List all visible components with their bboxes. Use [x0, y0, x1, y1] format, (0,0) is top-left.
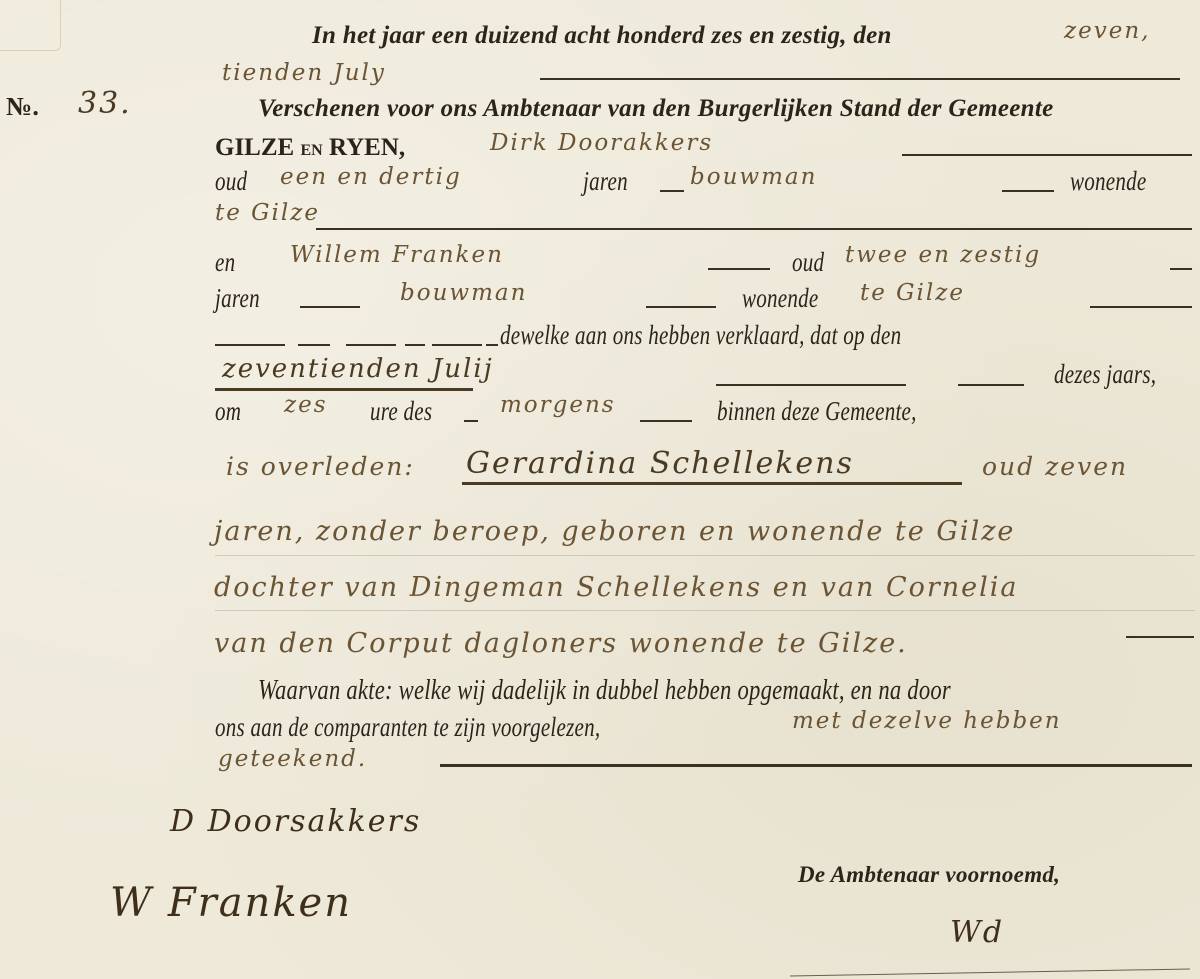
deceased-name: Gerardina Schellekens — [466, 446, 854, 481]
fill-line — [660, 190, 684, 192]
record-number: 33. — [78, 86, 132, 121]
faint-ruling — [215, 555, 1195, 556]
fill-line — [902, 154, 1192, 156]
fill-line — [346, 344, 396, 346]
fill-line — [440, 764, 1192, 767]
declarant-1-residence: te Gilze — [215, 200, 320, 226]
hand-day-part1: zeven, — [1064, 18, 1150, 44]
label-en: en — [215, 247, 235, 278]
hand-line-15: van den Corput dagloners wonende te Gilz… — [214, 628, 908, 659]
label-ure-des: ure des — [370, 396, 432, 427]
label-wonende: wonende — [1070, 166, 1147, 197]
declarant-2-age: twee en zestig — [845, 242, 1041, 268]
official-label: De Ambtenaar voornoemd, — [798, 862, 1060, 888]
fill-line — [486, 344, 498, 346]
signature-declarant-1: D Doorsakkers — [170, 804, 421, 839]
date-underline — [215, 388, 473, 391]
closing-line-1: Waarvan akte: welke wij dadelijk in dubb… — [258, 674, 951, 707]
municipality-part-a: GILZE — [215, 134, 294, 161]
label-oud: oud — [792, 247, 824, 278]
deceased-underline — [462, 482, 962, 485]
fill-line — [432, 344, 482, 346]
label-om: om — [215, 396, 241, 427]
declarant-2-occupation: bouwman — [400, 280, 527, 306]
intro-line: In het jaar een duizend acht honderd zes… — [312, 22, 892, 50]
fill-line — [708, 268, 770, 270]
appeared-line: Verschenen voor ons Ambtenaar van den Bu… — [258, 95, 1054, 123]
label-dezes-jaars: dezes jaars, — [1054, 359, 1156, 390]
fill-line — [215, 344, 285, 346]
fill-line — [640, 420, 692, 422]
closing-line-2: ons aan de comparanten te zijn voorgelez… — [215, 712, 600, 743]
signature-line — [790, 969, 1190, 977]
hand-geteekend: geteekend. — [218, 746, 367, 772]
fill-line — [1126, 636, 1194, 638]
fill-line — [298, 344, 330, 346]
declarant-2-name: Willem Franken — [290, 242, 504, 268]
faint-ruling — [215, 610, 1195, 611]
municipality-en: EN — [300, 142, 322, 159]
fill-line — [1170, 268, 1192, 270]
fill-line — [716, 384, 906, 386]
label-jaren: jaren — [215, 283, 260, 314]
fill-line — [646, 306, 716, 308]
signature-official: Wd — [950, 915, 1004, 950]
label-binnen: binnen deze Gemeente, — [717, 396, 917, 427]
fill-line — [316, 228, 1192, 230]
death-hour: zes — [284, 392, 328, 418]
municipality-part-b: RYEN, — [329, 134, 405, 161]
fill-line — [540, 78, 1180, 80]
declarant-1-occupation: bouwman — [690, 164, 817, 190]
hand-day-part2: tienden July — [222, 60, 386, 86]
fill-line — [464, 420, 478, 422]
municipality-name: GILZE EN RYEN, — [215, 134, 405, 162]
death-time-of-day: morgens — [500, 392, 616, 418]
fill-line — [958, 384, 1024, 386]
hand-is-overleden: is overleden: — [226, 452, 415, 481]
label-jaren: jaren — [583, 166, 628, 197]
hand-age-deceased: oud zeven — [982, 452, 1128, 481]
label-oud: oud — [215, 166, 247, 197]
document-page: In het jaar een duizend acht honderd zes… — [0, 0, 1200, 979]
signature-declarant-2: W Franken — [110, 880, 352, 926]
fill-line — [300, 306, 360, 308]
declared-line: dewelke aan ons hebben verklaard, dat op… — [500, 320, 901, 351]
hand-line-14: dochter van Dingeman Schellekens en van … — [214, 572, 1019, 603]
embossed-stamp — [0, 0, 61, 51]
declarant-1-name: Dirk Doorakkers — [490, 130, 713, 156]
hand-line-13: jaren, zonder beroep, geboren en wonende… — [214, 516, 1015, 547]
fill-line — [1090, 306, 1192, 308]
hand-closing: met dezelve hebben — [792, 708, 1062, 734]
declarant-1-age: een en dertig — [280, 164, 462, 190]
number-label: №. — [6, 92, 39, 122]
fill-line — [1002, 190, 1054, 192]
label-wonende: wonende — [742, 283, 819, 314]
declarant-2-residence: te Gilze — [860, 280, 965, 306]
death-date: zeventienden Julij — [222, 354, 494, 384]
fill-line — [405, 344, 425, 346]
